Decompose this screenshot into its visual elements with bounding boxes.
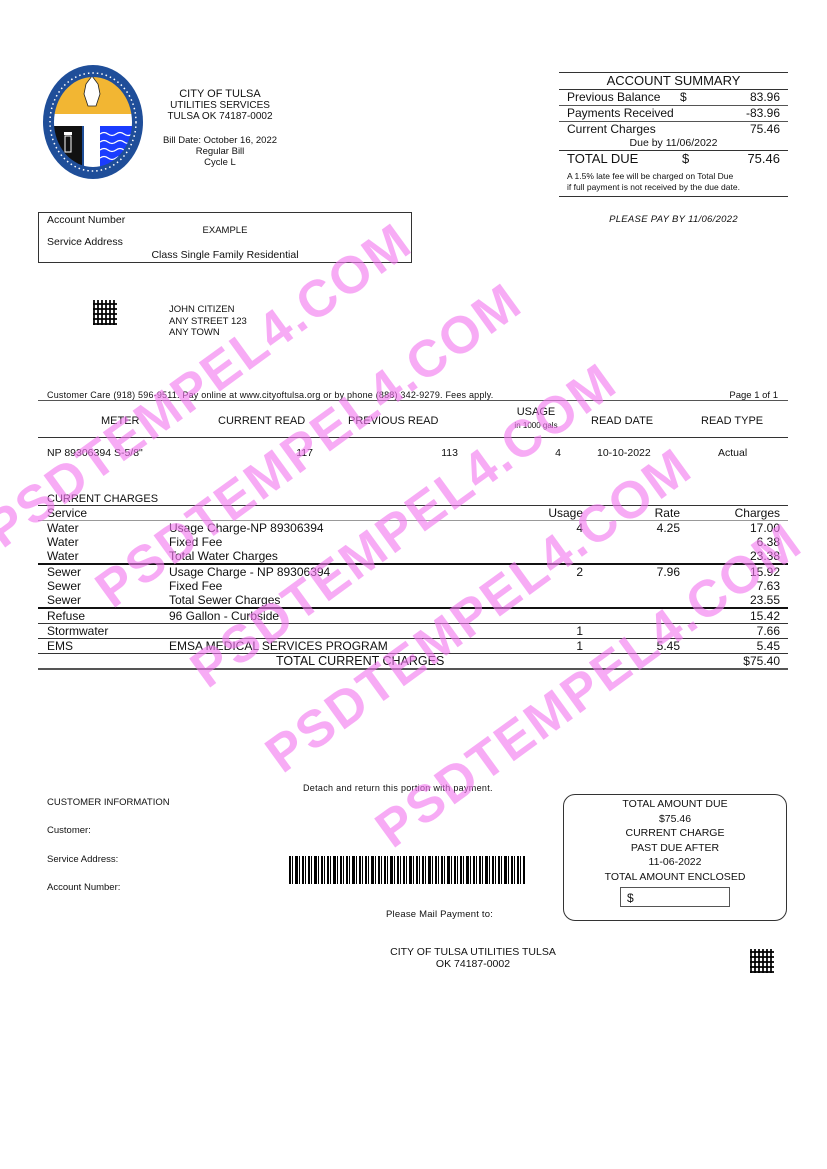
bill-type: Regular Bill [160,146,280,157]
charge-description: EMSA MEDICAL SERVICES PROGRAM [169,639,388,653]
charge-rate: 5.45 [628,639,680,653]
current-charges-title: CURRENT CHARGES [47,493,158,505]
dollar-sign: $ [627,891,634,905]
charge-service: Water [47,521,79,535]
remit-line: OK 74187-0002 [360,958,586,970]
account-summary-title: ACCOUNT SUMMARY [559,72,788,90]
total-current-charges-row: TOTAL CURRENT CHARGES $75.40 [38,653,788,670]
detach-note: Detach and return this portion with paym… [303,783,493,793]
charge-row: Stormwater17.66 [38,623,788,638]
late-fee-note: A 1.5% late fee will be charged on Total… [559,167,788,197]
charge-description: Usage Charge - NP 89306394 [169,565,330,579]
remit-address: CITY OF TULSA UTILITIES TULSA OK 74187-0… [360,946,586,970]
charge-usage: 2 [538,565,583,579]
amount-enclosed-label: TOTAL AMOUNT ENCLOSED [564,870,786,885]
charge-amount: 17.00 [688,521,780,535]
summary-currency [680,122,720,137]
charge-usage: 1 [538,624,583,638]
charge-amount: 15.92 [688,565,780,579]
customer-town: ANY TOWN [169,327,247,339]
charge-amount: 6.38 [688,535,780,549]
total-due-currency: $ [682,151,722,167]
please-pay-by: PLEASE PAY BY 11/06/2022 [559,214,788,225]
charge-service: Refuse [47,609,85,623]
charge-description: Fixed Fee [169,579,222,593]
summary-amount: 83.96 [720,90,780,105]
summary-label: Payments Received [567,106,680,121]
charge-amount: 7.63 [688,579,780,593]
total-due-label: TOTAL DUE [567,151,682,167]
summary-amount: -83.96 [720,106,780,121]
bill-info: Bill Date: October 16, 2022 Regular Bill… [160,135,280,168]
remit-line: CITY OF TULSA UTILITIES TULSA [360,946,586,958]
col-charges: Charges [688,506,780,520]
col-rate: Rate [628,506,680,520]
col-meter: METER [101,415,140,427]
qr-code-icon [93,300,117,325]
total-current-charges-label: TOTAL CURRENT CHARGES [276,654,444,668]
due-by-date: Due by 11/06/2022 [559,137,788,151]
charge-row: WaterTotal Water Charges23.38 [38,549,788,563]
charge-amount: 5.45 [688,639,780,653]
account-info-box: Account Number EXAMPLE Service Address C… [38,212,412,263]
charge-amount: 15.42 [688,609,780,623]
barcode [289,856,525,884]
customer-street: ANY STREET 123 [169,316,247,328]
col-usage-unit: in 1000 gals [500,421,572,430]
charge-service: Sewer [47,593,81,607]
stub-service-address-label: Service Address: [47,854,118,865]
charge-usage: 1 [538,639,583,653]
service-class: Class Single Family Residential [39,249,411,261]
read-type: Actual [718,447,747,459]
col-read-date: READ DATE [591,415,653,427]
col-usage: Usage [538,506,583,520]
org-name: CITY OF TULSA [160,89,280,100]
summary-row-current-charges: Current Charges 75.46 [559,122,788,137]
meter-table-header: METER CURRENT READ PREVIOUS READ USAGE i… [38,404,788,437]
customer-care-line: Customer Care (918) 596-9511. Pay online… [47,390,494,400]
charge-row: SewerUsage Charge - NP 8930639427.9615.9… [38,563,788,579]
charges-table: Service Usage Rate Charges WaterUsage Ch… [38,505,788,670]
utility-org-block: CITY OF TULSA UTILITIES SERVICES TULSA O… [160,89,280,122]
charge-description: Fixed Fee [169,535,222,549]
divider [38,400,788,401]
stub-account-number-label: Account Number: [47,882,120,893]
previous-read: 113 [418,447,458,459]
charge-description: 96 Gallon - Curbside [169,609,279,623]
charge-description: Usage Charge-NP 89306394 [169,521,324,535]
mail-payment-to: Please Mail Payment to: [386,909,493,920]
charge-row: SewerFixed Fee7.63 [38,579,788,593]
account-summary: ACCOUNT SUMMARY Previous Balance $ 83.96… [559,72,788,197]
charge-service: Water [47,535,79,549]
past-due-after-label: PAST DUE AFTER [564,841,786,856]
charge-row: WaterUsage Charge-NP 8930639444.2517.00 [38,521,788,535]
read-date: 10-10-2022 [597,447,651,459]
total-due-amount: 75.46 [722,151,780,167]
charge-amount: 7.66 [688,624,780,638]
meter-id: NP 89306394 S-5/8" [47,447,143,459]
charge-usage: 4 [538,521,583,535]
col-read-type: READ TYPE [701,415,763,427]
col-service: Service [47,506,87,520]
summary-currency [680,106,720,121]
charge-description: Total Sewer Charges [169,593,280,607]
charge-row: EMSEMSA MEDICAL SERVICES PROGRAM15.455.4… [38,638,788,653]
usage: 4 [533,447,561,459]
charge-amount: 23.55 [688,593,780,607]
city-seal-logo [42,64,144,180]
charge-service: EMS [47,639,73,653]
org-dept: UTILITIES SERVICES [160,100,280,111]
summary-row-previous-balance: Previous Balance $ 83.96 [559,90,788,106]
charge-row: Refuse96 Gallon - Curbside15.42 [38,607,788,623]
col-previous-read: PREVIOUS READ [348,415,438,427]
total-amount-due-label: TOTAL AMOUNT DUE [564,797,786,812]
account-number-value: EXAMPLE [39,225,411,236]
charge-rate: 4.25 [628,521,680,535]
summary-row-payments-received: Payments Received -83.96 [559,106,788,122]
late-fee-note-line: if full payment is not received by the d… [567,182,780,193]
bill-date: Bill Date: October 16, 2022 [160,135,280,146]
past-due-date: 11-06-2022 [564,855,786,870]
current-charge-label: CURRENT CHARGE [564,826,786,841]
charge-service: Stormwater [47,624,108,638]
col-usage-label: USAGE [517,406,556,418]
charge-service: Water [47,549,79,563]
current-read: 117 [268,447,313,459]
summary-currency: $ [680,90,720,105]
service-address-label: Service Address [47,236,123,248]
charges-header: Service Usage Rate Charges [38,505,788,521]
charge-description: Total Water Charges [169,549,278,563]
customer-info-title: CUSTOMER INFORMATION [47,797,170,808]
divider [38,437,788,438]
charge-service: Sewer [47,565,81,579]
total-amount-due: $75.46 [564,812,786,827]
charge-row: WaterFixed Fee6.38 [38,535,788,549]
bill-cycle: Cycle L [160,157,280,168]
summary-label: Current Charges [567,122,680,137]
charge-row: SewerTotal Sewer Charges23.55 [38,593,788,607]
org-address: TULSA OK 74187-0002 [160,111,280,122]
col-current-read: CURRENT READ [218,415,305,427]
late-fee-note-line: A 1.5% late fee will be charged on Total… [567,171,780,182]
charge-rows: WaterUsage Charge-NP 8930639444.2517.00W… [38,521,788,653]
charge-service: Sewer [47,579,81,593]
qr-code-icon [750,949,774,973]
total-current-charges-amount: $75.40 [688,654,780,668]
customer-label: Customer: [47,825,91,836]
customer-name: JOHN CITIZEN [169,304,247,316]
charge-amount: 23.38 [688,549,780,563]
amount-enclosed-field[interactable]: $ [620,887,730,907]
mailing-address: JOHN CITIZEN ANY STREET 123 ANY TOWN [169,304,247,339]
col-usage: USAGE in 1000 gals [500,406,572,430]
charge-rate: 7.96 [628,565,680,579]
summary-label: Previous Balance [567,90,680,105]
summary-amount: 75.46 [720,122,780,137]
payment-box: TOTAL AMOUNT DUE $75.46 CURRENT CHARGE P… [563,794,787,921]
summary-total-due: TOTAL DUE $ 75.46 [559,151,788,167]
